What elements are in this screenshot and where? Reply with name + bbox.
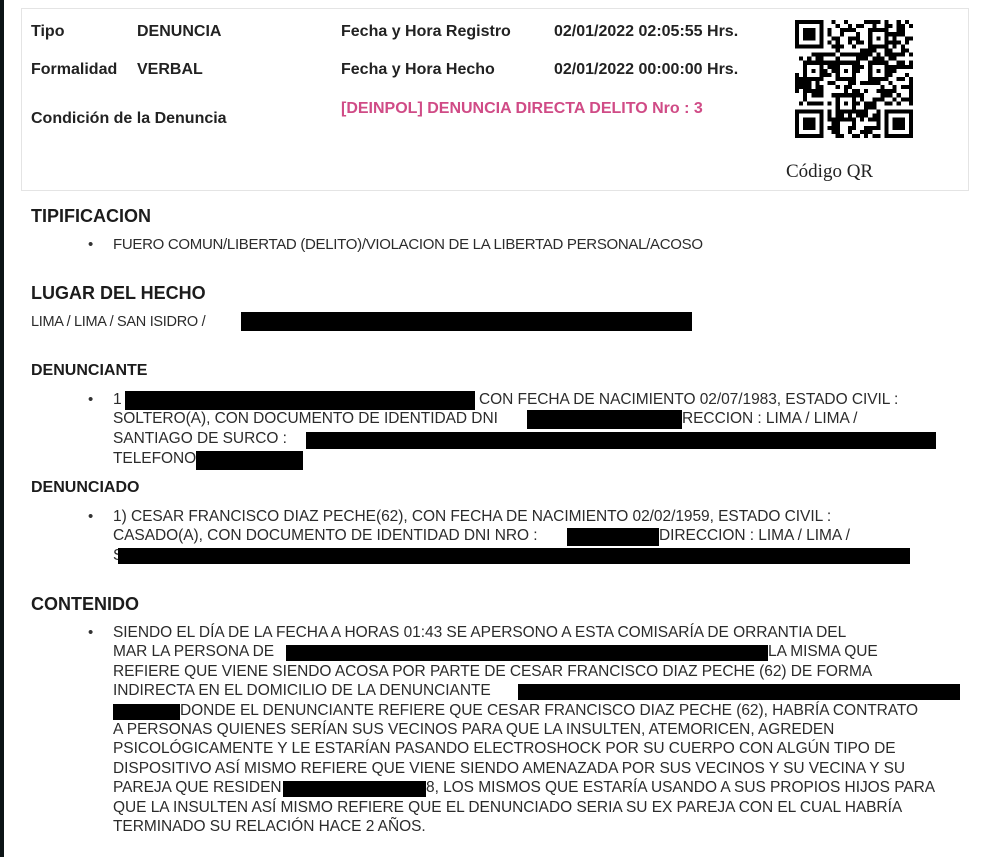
redaction-bar — [283, 781, 426, 797]
contenido-line: PAREJA QUE RESIDEN — [113, 779, 282, 797]
denunciante-line: SANTIAGO DE SURCO : — [113, 430, 287, 448]
denunciado-line: 1) CESAR FRANCISCO DIAZ PECHE(62), CON F… — [113, 508, 831, 526]
redaction-bar — [286, 645, 768, 661]
denunciado-line: CASADO(A), CON DOCUMENTO DE IDENTIDAD DN… — [113, 527, 538, 545]
qr-code-icon — [795, 20, 913, 138]
contenido-line: PSICOLÓGICAMENTE Y LE ESTARÍAN PASANDO E… — [113, 740, 896, 758]
redaction-bar — [196, 451, 303, 470]
redaction-bar — [118, 548, 910, 564]
contenido-line: QUE LA INSULTEN ASÍ MISMO REFIERE QUE EL… — [113, 799, 902, 817]
denunciado-line: DIRECCION : LIMA / LIMA / — [659, 527, 850, 545]
condicion-value: [DEINPOL] DENUNCIA DIRECTA DELITO Nro : … — [341, 100, 703, 118]
contenido-line: REFIERE QUE VIENE SIENDO ACOSA POR PARTE… — [113, 663, 872, 681]
contenido-line: 8, LOS MISMOS QUE ESTARÍA USANDO A SUS P… — [426, 779, 935, 797]
contenido-line: MAR LA PERSONA DE — [113, 643, 274, 661]
denunciante-line: CON FECHA DE NACIMIENTO 02/07/1983, ESTA… — [479, 391, 898, 409]
contenido-line: DONDE EL DENUNCIANTE REFIERE QUE CESAR F… — [180, 702, 918, 720]
tipo-value: DENUNCIA — [137, 23, 221, 41]
hecho-value: 02/01/2022 00:00:00 Hrs. — [554, 61, 738, 79]
section-title-lugar: LUGAR DEL HECHO — [31, 283, 206, 304]
denunciante-line: SOLTERO(A), CON DOCUMENTO DE IDENTIDAD D… — [113, 410, 498, 428]
section-title-tipificacion: TIPIFICACION — [31, 206, 151, 227]
qr-caption: Código QR — [786, 161, 873, 183]
bullet-icon: • — [88, 236, 93, 253]
lugar-text: LIMA / LIMA / SAN ISIDRO / — [31, 314, 205, 330]
redaction-bar — [518, 684, 960, 700]
denunciante-line: TELEFONO — [113, 450, 196, 468]
redaction-bar — [306, 432, 936, 449]
denunciante-line: RECCION : LIMA / LIMA / — [682, 410, 857, 428]
tipo-label: Tipo — [31, 23, 64, 41]
bullet-icon: • — [88, 391, 93, 408]
denunciante-line: 1 — [113, 391, 122, 409]
redaction-bar — [113, 704, 180, 720]
bullet-icon: • — [88, 624, 93, 641]
section-title-denunciado: DENUNCIADO — [31, 479, 139, 497]
formalidad-label: Formalidad — [31, 61, 117, 79]
contenido-line: INDIRECTA EN EL DOMICILIO DE LA DENUNCIA… — [113, 682, 491, 700]
contenido-line: LA MISMA QUE — [768, 643, 878, 661]
section-title-denunciante: DENUNCIANTE — [31, 362, 147, 380]
window-edge — [0, 0, 4, 857]
redaction-bar — [241, 312, 692, 331]
contenido-line: SIENDO EL DÍA DE LA FECHA A HORAS 01:43 … — [113, 624, 846, 642]
contenido-line: A PERSONAS QUIENES SERÍAN SUS VECINOS PA… — [113, 721, 834, 739]
redaction-bar — [567, 528, 659, 546]
registro-label: Fecha y Hora Registro — [341, 23, 511, 41]
tipificacion-item: FUERO COMUN/LIBERTAD (DELITO)/VIOLACION … — [113, 236, 703, 253]
section-title-contenido: CONTENIDO — [31, 594, 139, 615]
contenido-line: TERMINADO SU RELACIÓN HACE 2 AÑOS. — [113, 818, 426, 836]
contenido-line: DISPOSITIVO ASÍ MISMO REFIERE QUE VIENE … — [113, 760, 905, 778]
redaction-bar — [125, 391, 475, 410]
redaction-bar — [527, 410, 682, 429]
registro-value: 02/01/2022 02:05:55 Hrs. — [554, 23, 738, 41]
bullet-icon: • — [88, 508, 93, 525]
hecho-label: Fecha y Hora Hecho — [341, 61, 495, 79]
condicion-label: Condición de la Denuncia — [31, 110, 227, 128]
formalidad-value: VERBAL — [137, 61, 203, 79]
